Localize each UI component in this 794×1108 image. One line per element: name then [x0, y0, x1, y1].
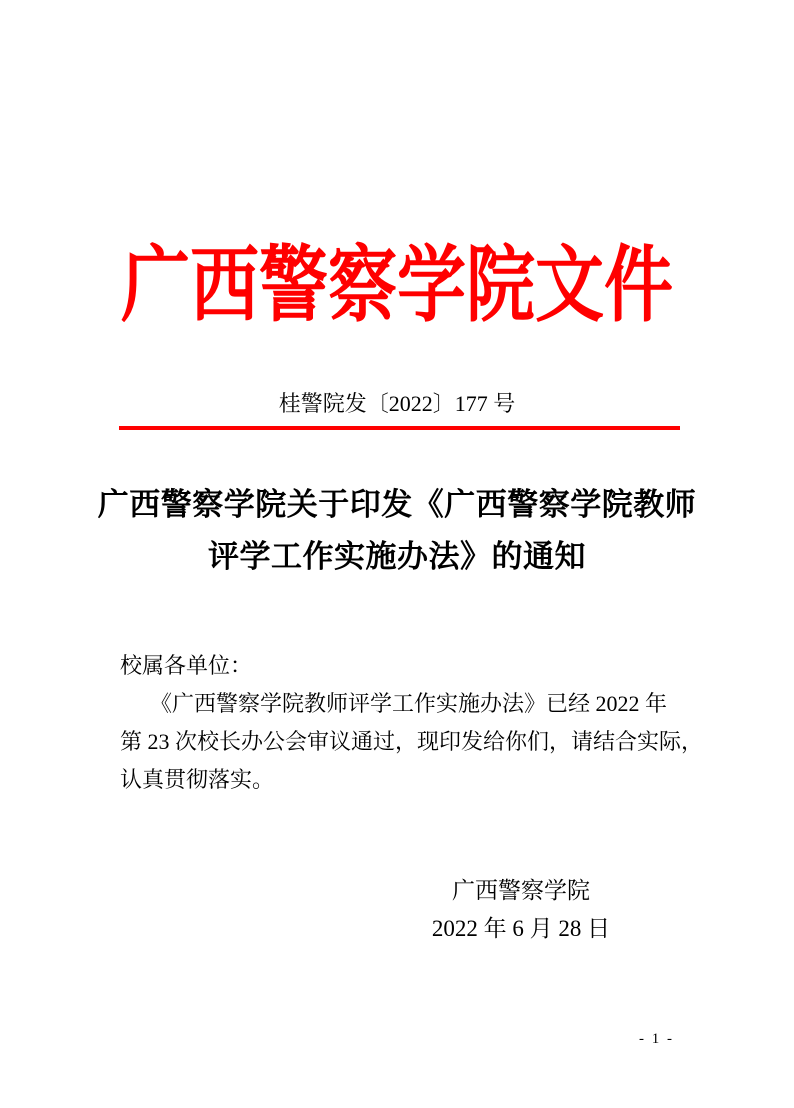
signature-block: 广西警察学院 2022 年 6 月 28 日 [381, 876, 661, 944]
notice-title: 广西警察学院关于印发《广西警察学院教师 评学工作实施办法》的通知 [0, 479, 794, 583]
red-divider-line [119, 426, 680, 430]
document-body: 校属各单位： 《广西警察学院教师评学工作实施办法》已经 2022 年 第 23 … [120, 647, 686, 799]
salutation: 校属各单位： [120, 647, 686, 685]
page-number: - 1 - [639, 1029, 674, 1049]
document-page: 广西警察学院文件 桂警院发〔2022〕177 号 广西警察学院关于印发《广西警察… [0, 0, 794, 1108]
signature-date: 2022 年 6 月 28 日 [381, 914, 661, 944]
body-line-2: 第 23 次校长办公会审议通过，现印发给你们，请结合实际， [120, 723, 686, 761]
signature-org: 广西警察学院 [381, 876, 661, 906]
document-number: 桂警院发〔2022〕177 号 [0, 390, 794, 418]
agency-banner-title: 广西警察学院文件 [0, 245, 794, 328]
body-line-3: 认真贯彻落实。 [120, 761, 686, 799]
notice-title-line-2: 评学工作实施办法》的通知 [0, 531, 794, 583]
body-line-1: 《广西警察学院教师评学工作实施办法》已经 2022 年 [120, 685, 686, 723]
notice-title-line-1: 广西警察学院关于印发《广西警察学院教师 [0, 479, 794, 531]
